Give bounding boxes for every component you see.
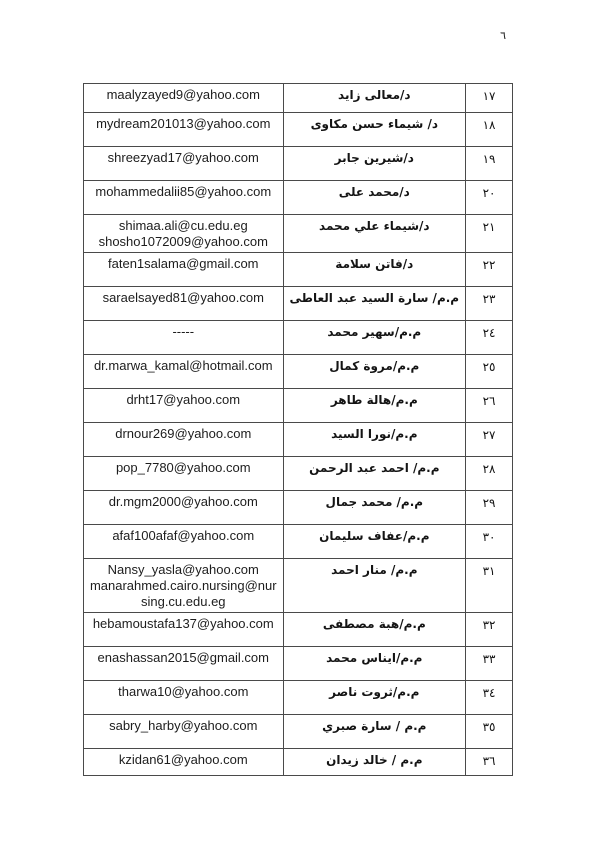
email-text: maalyzayed9@yahoo.com (88, 87, 279, 103)
email-text: shosho1072009@yahoo.com (88, 234, 279, 250)
name-cell: م.م/سهير محمد (283, 321, 467, 354)
email-text: tharwa10@yahoo.com (88, 684, 279, 700)
email-text: ----- (88, 324, 279, 340)
name-cell: م.م/هالة طاهر (283, 389, 467, 422)
table-row: mydream201013@yahoo.com د/ شيماء حسن مكا… (84, 113, 512, 147)
name-cell: م.م/هبة مصطفى (283, 613, 467, 646)
index-cell: ٣٦ (466, 749, 512, 775)
index-cell: ٢٢ (466, 253, 512, 286)
email-cell: mydream201013@yahoo.com (84, 113, 283, 146)
index-cell: ٢١ (466, 215, 512, 252)
email-text: pop_7780@yahoo.com (88, 460, 279, 476)
table-row: Nansy_yasla@yahoo.commanarahmed.cairo.nu… (84, 559, 512, 613)
name-cell: م.م/ثروت ناصر (283, 681, 467, 714)
email-text: afaf100afaf@yahoo.com (88, 528, 279, 544)
index-cell: ٣٢ (466, 613, 512, 646)
table-row: pop_7780@yahoo.com م.م/ احمد عبد الرحمن … (84, 457, 512, 491)
email-text: saraelsayed81@yahoo.com (88, 290, 279, 306)
index-cell: ٢٣ (466, 287, 512, 320)
email-cell: hebamoustafa137@yahoo.com (84, 613, 283, 646)
table-row: saraelsayed81@yahoo.com م.م/ سارة السيد … (84, 287, 512, 321)
email-cell: Nansy_yasla@yahoo.commanarahmed.cairo.nu… (84, 559, 283, 612)
email-cell: drht17@yahoo.com (84, 389, 283, 422)
email-text: shreezyad17@yahoo.com (88, 150, 279, 166)
table-row: tharwa10@yahoo.com م.م/ثروت ناصر ٣٤ (84, 681, 512, 715)
index-cell: ٢٠ (466, 181, 512, 214)
name-cell: م.م/ محمد جمال (283, 491, 467, 524)
table-row: dr.marwa_kamal@hotmail.com م.م/مروة كمال… (84, 355, 512, 389)
email-text: mohammedalii85@yahoo.com (88, 184, 279, 200)
email-cell: maalyzayed9@yahoo.com (84, 84, 283, 112)
table-row: shimaa.ali@cu.edu.egshosho1072009@yahoo.… (84, 215, 512, 253)
email-cell: afaf100afaf@yahoo.com (84, 525, 283, 558)
email-text: dr.mgm2000@yahoo.com (88, 494, 279, 510)
email-text: Nansy_yasla@yahoo.com (88, 562, 279, 578)
email-text: dr.marwa_kamal@hotmail.com (88, 358, 279, 374)
name-cell: م.م/مروة كمال (283, 355, 467, 388)
email-cell: drnour269@yahoo.com (84, 423, 283, 456)
index-cell: ٢٥ (466, 355, 512, 388)
table-row: kzidan61@yahoo.com م.م / خالد زيدان ٣٦ (84, 749, 512, 775)
email-cell: dr.marwa_kamal@hotmail.com (84, 355, 283, 388)
email-cell: shreezyad17@yahoo.com (84, 147, 283, 180)
name-cell: د/فاتن سلامة (283, 253, 467, 286)
index-cell: ٣٣ (466, 647, 512, 680)
page-number: ٦ (500, 29, 506, 42)
email-cell: sabry_harby@yahoo.com (84, 715, 283, 748)
name-cell: د/شيرين جابر (283, 147, 467, 180)
table-row: faten1salama@gmail.com د/فاتن سلامة ٢٢ (84, 253, 512, 287)
document-page: ٦ maalyzayed9@yahoo.com د/معالى زايد ١٧ … (0, 0, 596, 842)
name-cell: م.م/ايناس محمد (283, 647, 467, 680)
table-row: mohammedalii85@yahoo.com د/محمد على ٢٠ (84, 181, 512, 215)
table-row: drht17@yahoo.com م.م/هالة طاهر ٢٦ (84, 389, 512, 423)
table-row: enashassan2015@gmail.com م.م/ايناس محمد … (84, 647, 512, 681)
table-row: hebamoustafa137@yahoo.com م.م/هبة مصطفى … (84, 613, 512, 647)
table-row: sabry_harby@yahoo.com م.م / سارة صبري ٣٥ (84, 715, 512, 749)
email-cell: tharwa10@yahoo.com (84, 681, 283, 714)
table-row: ----- م.م/سهير محمد ٢٤ (84, 321, 512, 355)
email-text: enashassan2015@gmail.com (88, 650, 279, 666)
contact-table: maalyzayed9@yahoo.com د/معالى زايد ١٧ my… (83, 83, 513, 776)
name-cell: م.م/ سارة السيد عبد العاطى (283, 287, 467, 320)
index-cell: ٢٨ (466, 457, 512, 490)
email-text: hebamoustafa137@yahoo.com (88, 616, 279, 632)
email-text: mydream201013@yahoo.com (88, 116, 279, 132)
table-row: maalyzayed9@yahoo.com د/معالى زايد ١٧ (84, 84, 512, 113)
email-text: drnour269@yahoo.com (88, 426, 279, 442)
index-cell: ٣٤ (466, 681, 512, 714)
index-cell: ٢٧ (466, 423, 512, 456)
index-cell: ٢٤ (466, 321, 512, 354)
email-cell: kzidan61@yahoo.com (84, 749, 283, 775)
name-cell: د/معالى زايد (283, 84, 467, 112)
index-cell: ٢٦ (466, 389, 512, 422)
index-cell: ١٧ (466, 84, 512, 112)
email-cell: pop_7780@yahoo.com (84, 457, 283, 490)
email-text: sabry_harby@yahoo.com (88, 718, 279, 734)
name-cell: م.م / سارة صبري (283, 715, 467, 748)
table-row: afaf100afaf@yahoo.com م.م/عفاف سليمان ٣٠ (84, 525, 512, 559)
email-text: drht17@yahoo.com (88, 392, 279, 408)
name-cell: م.م/عفاف سليمان (283, 525, 467, 558)
table-row: shreezyad17@yahoo.com د/شيرين جابر ١٩ (84, 147, 512, 181)
email-text: shimaa.ali@cu.edu.eg (88, 218, 279, 234)
index-cell: ١٩ (466, 147, 512, 180)
table-row: dr.mgm2000@yahoo.com م.م/ محمد جمال ٢٩ (84, 491, 512, 525)
email-cell: mohammedalii85@yahoo.com (84, 181, 283, 214)
index-cell: ٣١ (466, 559, 512, 612)
name-cell: م.م/ احمد عبد الرحمن (283, 457, 467, 490)
name-cell: م.م / خالد زيدان (283, 749, 467, 775)
email-cell: shimaa.ali@cu.edu.egshosho1072009@yahoo.… (84, 215, 283, 252)
name-cell: د/محمد على (283, 181, 467, 214)
name-cell: م.م/نورا السيد (283, 423, 467, 456)
name-cell: د/شيماء علي محمد (283, 215, 467, 252)
email-text: manarahmed.cairo.nursing@nursing.cu.edu.… (88, 578, 279, 610)
email-cell: enashassan2015@gmail.com (84, 647, 283, 680)
index-cell: ٣٥ (466, 715, 512, 748)
table-row: drnour269@yahoo.com م.م/نورا السيد ٢٧ (84, 423, 512, 457)
index-cell: ٣٠ (466, 525, 512, 558)
email-cell: dr.mgm2000@yahoo.com (84, 491, 283, 524)
name-cell: م.م/ منار احمد (283, 559, 467, 612)
email-cell: faten1salama@gmail.com (84, 253, 283, 286)
index-cell: ١٨ (466, 113, 512, 146)
index-cell: ٢٩ (466, 491, 512, 524)
email-text: faten1salama@gmail.com (88, 256, 279, 272)
name-cell: د/ شيماء حسن مكاوى (283, 113, 467, 146)
email-cell: saraelsayed81@yahoo.com (84, 287, 283, 320)
email-cell: ----- (84, 321, 283, 354)
email-text: kzidan61@yahoo.com (88, 752, 279, 768)
